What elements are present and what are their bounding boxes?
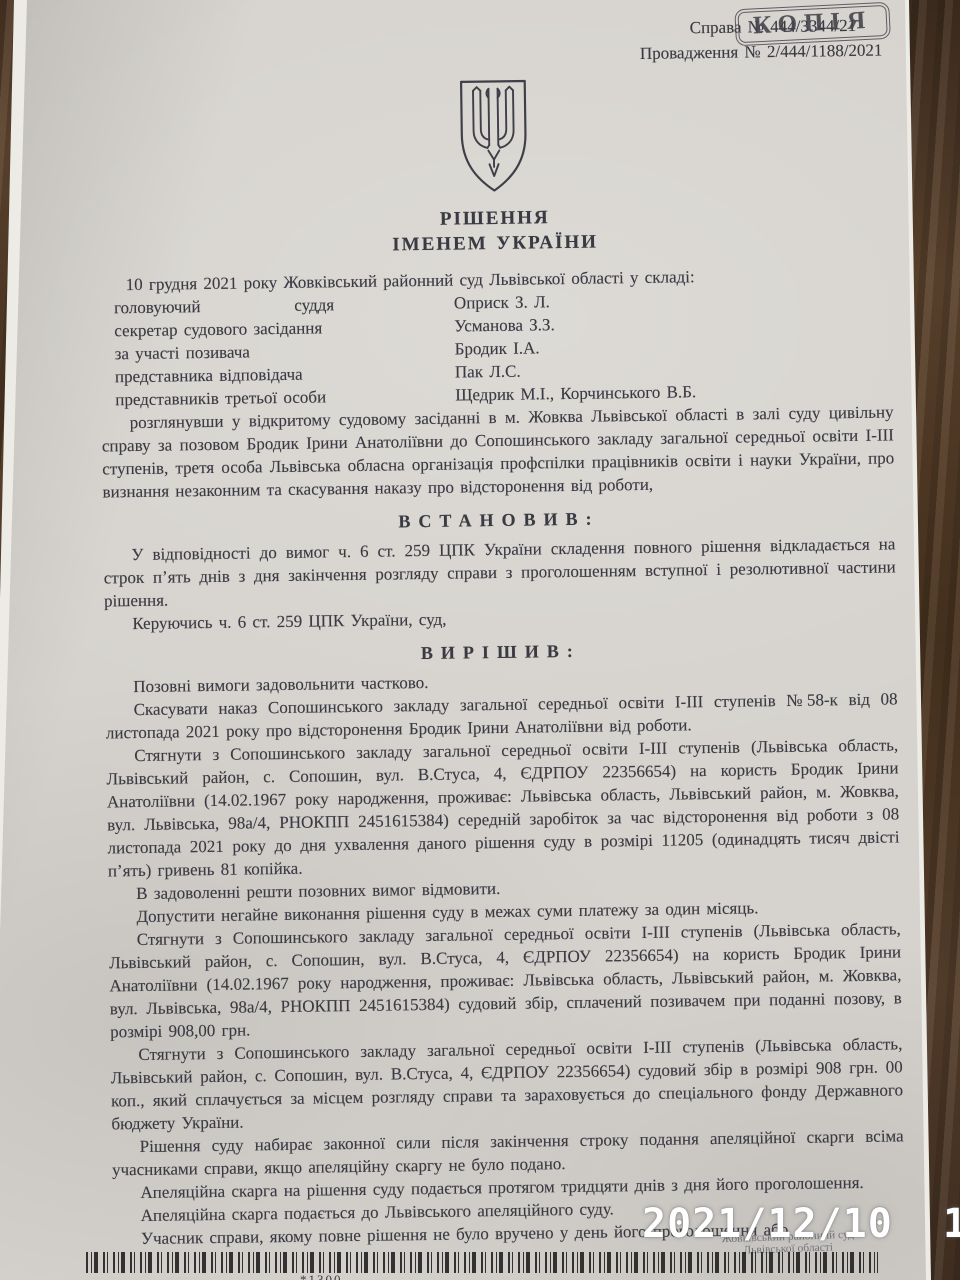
barcode-number: *1300 bbox=[300, 1272, 343, 1280]
case-description-paragraph: розглянувши у відкритому судовому засіда… bbox=[101, 400, 894, 503]
barcode bbox=[86, 1252, 878, 1273]
camera-timestamp: 2021/12/10 12:36 bbox=[642, 1201, 960, 1247]
established-paragraph: У відповідності до вимог ч. 6 ст. 259 ЦП… bbox=[103, 532, 896, 612]
document-header: КОПІЯ Справа № 444/3344/21 Провадження №… bbox=[96, 12, 889, 73]
document-title: РІШЕННЯ ІМЕНЕМ УКРАЇНИ bbox=[99, 200, 892, 261]
resolved-paragraph: Стягнути з Сопошинського закладу загальн… bbox=[106, 733, 900, 882]
resolved-paragraph: Стягнути з Сопошинського закладу загальн… bbox=[109, 917, 903, 1043]
desk-photo-background: КОПІЯ Справа № 444/3344/21 Провадження №… bbox=[0, 0, 960, 1280]
resolved-heading: ВИРІШИВ: bbox=[105, 633, 897, 670]
emblem-wrap: РІШЕННЯ ІМЕНЕМ УКРАЇНИ bbox=[97, 70, 891, 261]
resolved-paragraph: Стягнути з Сопошинського закладу загальн… bbox=[110, 1032, 903, 1135]
ukraine-trident-emblem-icon bbox=[448, 180, 540, 200]
copy-stamp: КОПІЯ bbox=[734, 2, 891, 47]
court-decision-document: КОПІЯ Справа № 444/3344/21 Провадження №… bbox=[96, 12, 905, 1250]
court-composition-table: головуючий суддя Оприск З. Л. секретар с… bbox=[100, 285, 894, 411]
established-heading: ВСТАНОВИВ: bbox=[103, 501, 895, 538]
